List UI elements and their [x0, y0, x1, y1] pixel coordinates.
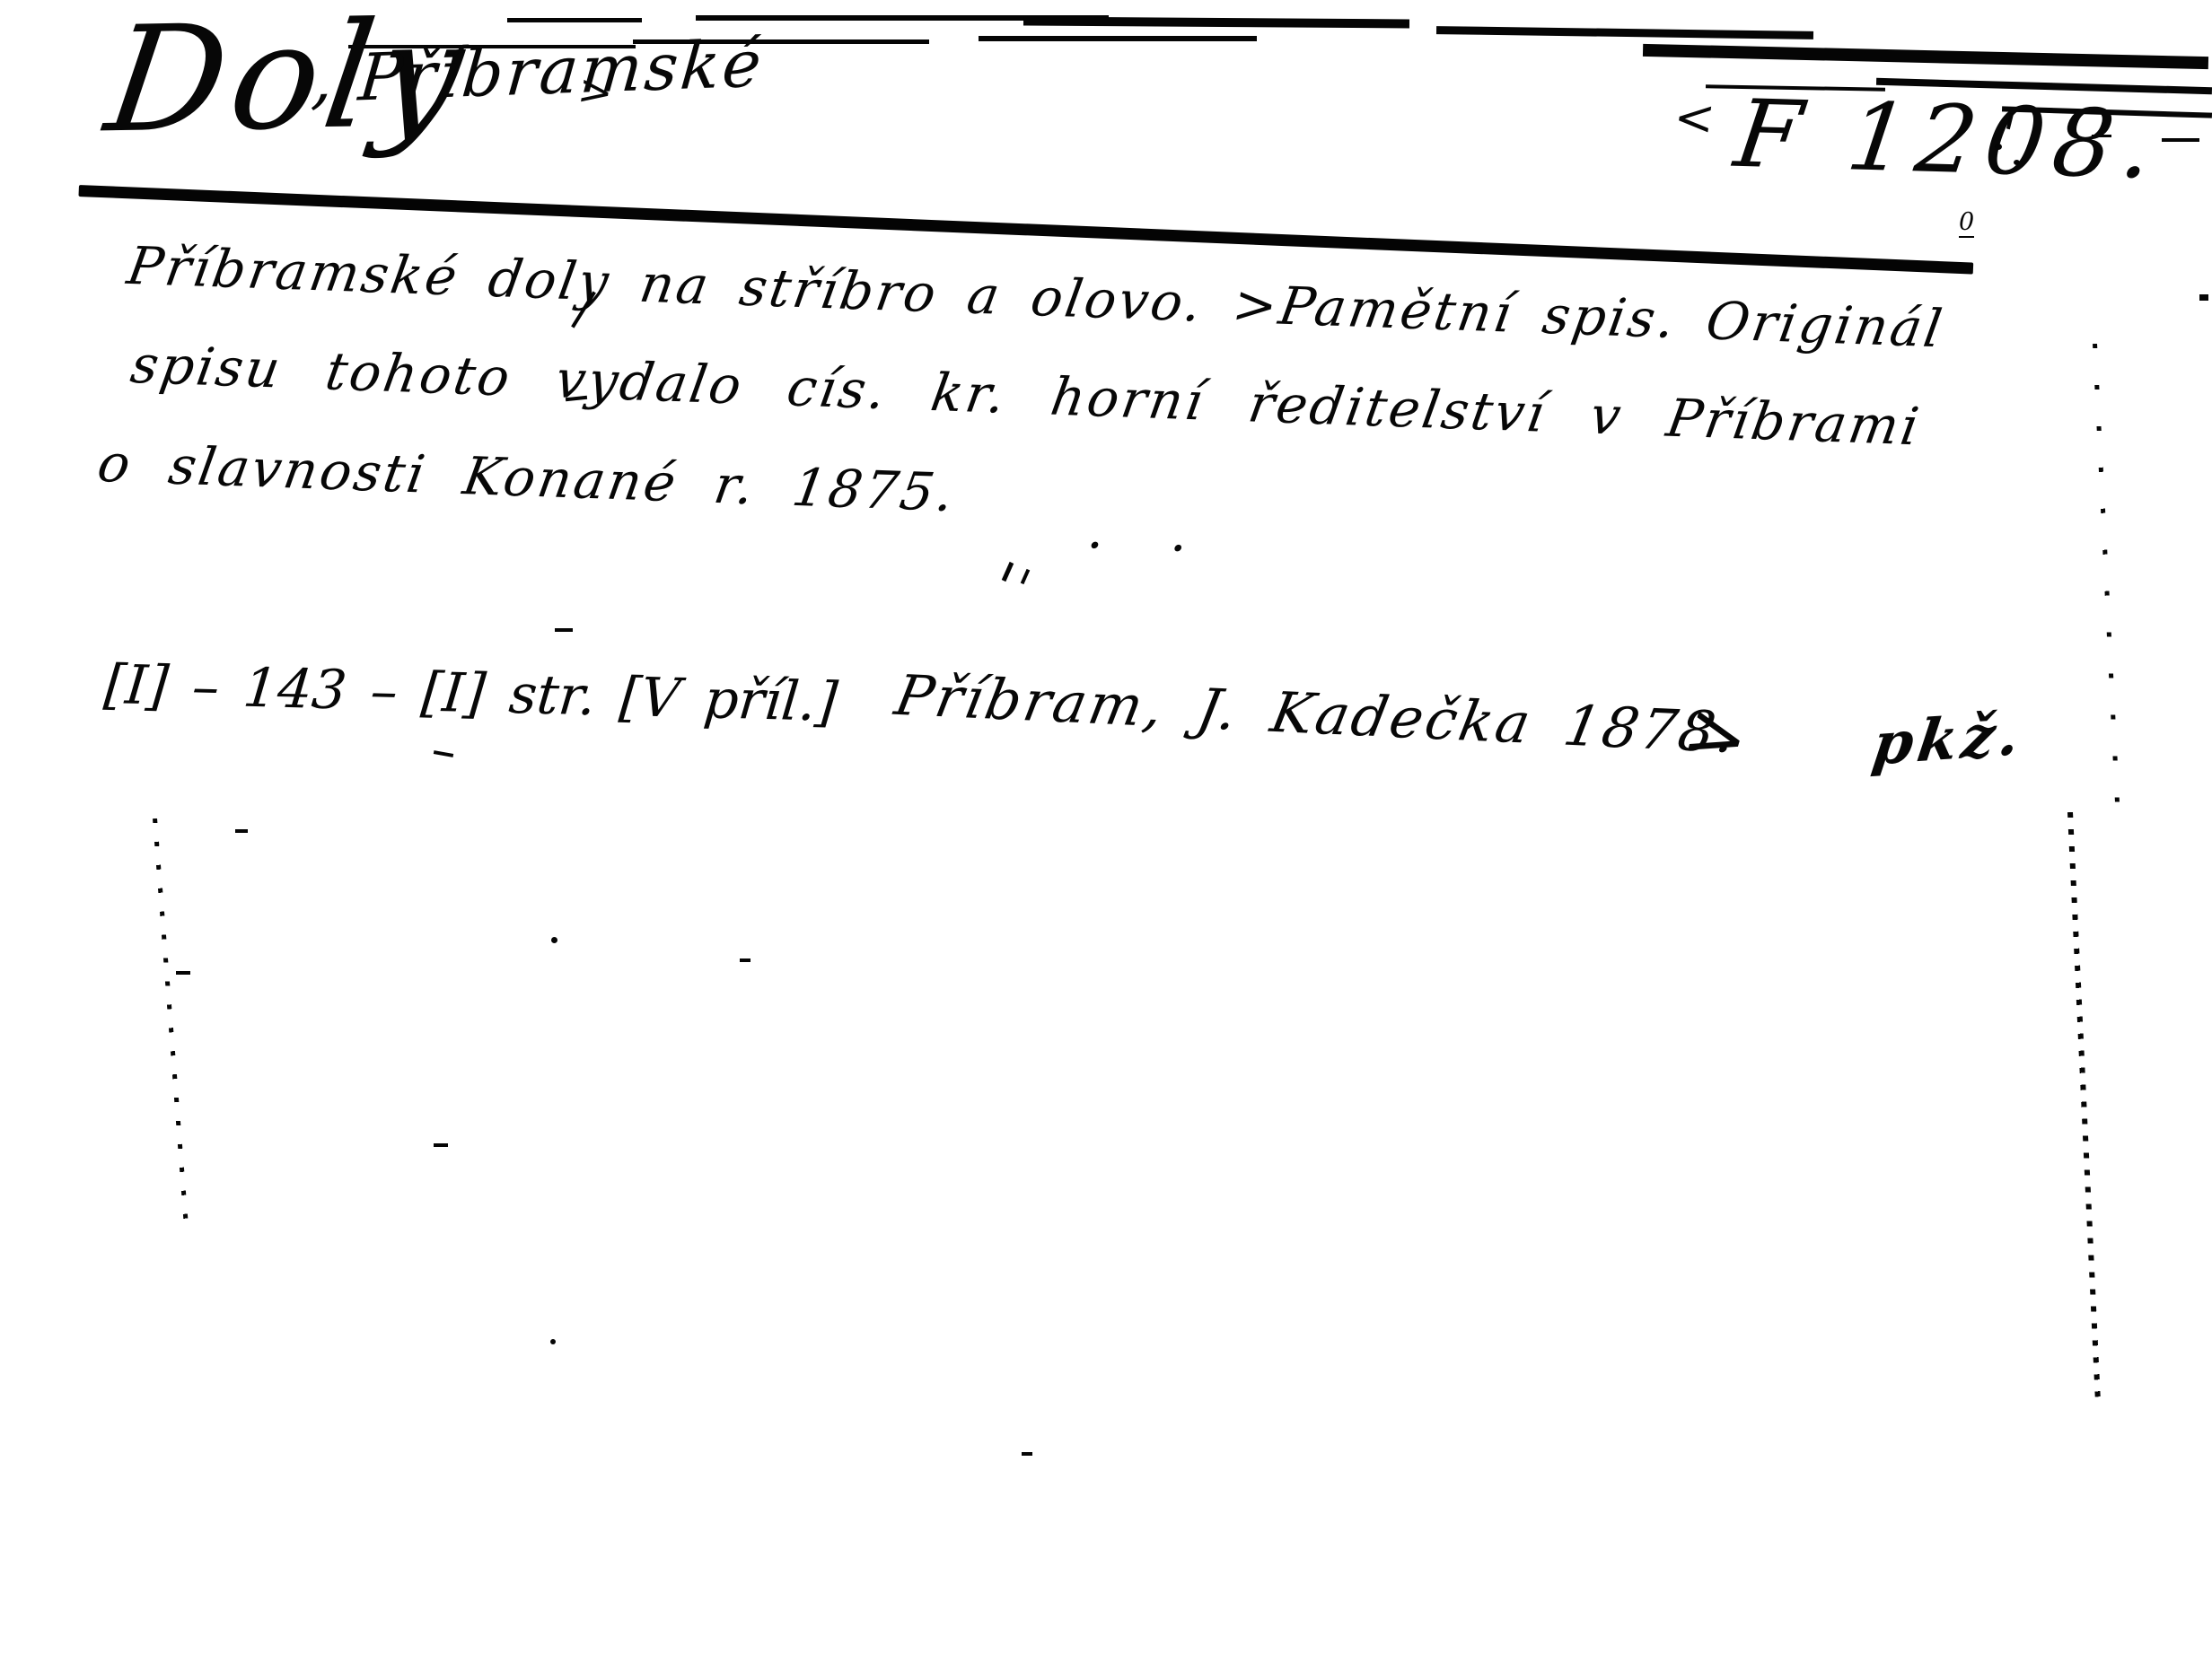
annotation-line-2: spisu tohoto vydalo cís. kr. horní ředit… [127, 334, 1925, 457]
ink-speck [1021, 569, 1031, 584]
ink-speck [551, 937, 557, 943]
scan-noise-streak [979, 36, 1257, 41]
ink-speck [434, 750, 453, 757]
ink-speck [2014, 160, 2020, 165]
ink-speck [1002, 562, 1014, 582]
ink-speck [1995, 144, 2002, 150]
ink-speck [550, 1339, 556, 1344]
ink-speck [2199, 294, 2208, 301]
left-dotted-line [153, 818, 189, 1229]
scan-noise-streak [1023, 16, 1409, 28]
ink-speck [176, 971, 190, 975]
ink-speck [740, 958, 750, 962]
collation-statement: [I] – 143 – [I] str. [V příl.] [101, 653, 839, 734]
ink-speck [434, 1143, 448, 1147]
heading-subtitle: , Příbramské [310, 25, 768, 117]
cataloguer-initials: pkž. [1868, 700, 2028, 779]
catalog-card: Doly , Příbramské > <F 1208.8o 0 Příbram… [0, 0, 2212, 1663]
scan-noise-streak [1643, 44, 2208, 69]
ink-speck [555, 628, 573, 632]
corner-digit: 0 [1959, 208, 1974, 238]
right-dotted-line-lower [2067, 812, 2101, 1400]
call-number-code: F 1208. [1729, 79, 2168, 200]
imprint-statement: Příbram, J. Kadečka 1878. [890, 662, 1743, 766]
heading-insert-mark: > [575, 65, 616, 118]
scan-noise-streak [507, 18, 642, 22]
annotation-line-3: o slavnosti Konané r. 1875. [93, 433, 960, 523]
right-dotted-line-upper [2093, 344, 2120, 815]
call-number-lead-mark: < [1671, 89, 1719, 146]
ink-speck [235, 829, 248, 833]
scan-noise-streak [1436, 26, 1813, 39]
ink-speck [1022, 1452, 1032, 1456]
call-number: <F 1208.8o [1665, 70, 2212, 204]
trailing-dots: . . [1086, 499, 1189, 564]
